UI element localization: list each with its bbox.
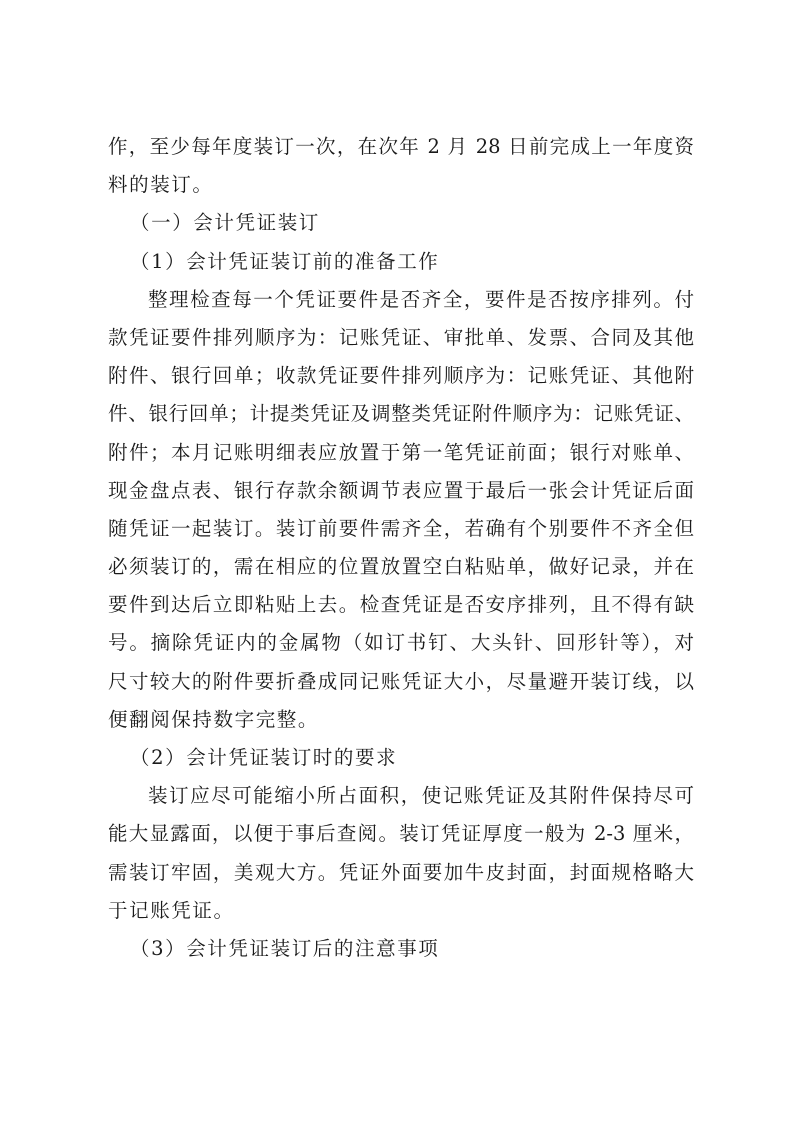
paragraph-line: 随凭证一起装订。装订前要件需齐全，若确有个别要件不齐全但 [108, 510, 694, 548]
paragraph-line: 附件、银行回单；收款凭证要件排列顺序为：记账凭证、其他附 [108, 357, 694, 395]
paragraph-line: 尺寸较大的附件要折叠成同记账凭证大小，尽量避开装订线，以 [108, 663, 694, 701]
paragraph-line: 于记账凭证。 [108, 892, 694, 930]
paragraph-line: 整理检查每一个凭证要件是否齐全，要件是否按序排列。付 [108, 281, 694, 319]
paragraph-line: 必须装订的，需在相应的位置放置空白粘贴单，做好记录，并在 [108, 548, 694, 586]
paragraph-line: 要件到达后立即粘贴上去。检查凭证是否安序排列，且不得有缺 [108, 586, 694, 624]
paragraph-line: 现金盘点表、银行存款余额调节表应置于最后一张会计凭证后面 [108, 472, 694, 510]
paragraph-line: 款凭证要件排列顺序为：记账凭证、审批单、发票、合同及其他 [108, 319, 694, 357]
section-heading: （3）会计凭证装订后的注意事项 [108, 930, 694, 968]
paragraph-line: 件、银行回单；计提类凭证及调整类凭证附件顺序为：记账凭证、 [108, 395, 694, 433]
paragraph-line: 便翻阅保持数字完整。 [108, 701, 694, 739]
paragraph-line: 号。摘除凭证内的金属物（如订书钉、大头针、回形针等），对 [108, 624, 694, 662]
paragraph-line: 作，至少每年度装订一次，在次年 2 月 28 日前完成上一年度资 [108, 128, 694, 166]
paragraph-line: 能大显露面，以便于事后查阅。装订凭证厚度一般为 2-3 厘米， [108, 815, 694, 853]
document-page: 作，至少每年度装订一次，在次年 2 月 28 日前完成上一年度资料的装订。（一）… [108, 128, 694, 968]
paragraph-line: 附件；本月记账明细表应放置于第一笔凭证前面；银行对账单、 [108, 434, 694, 472]
section-heading: （2）会计凭证装订时的要求 [108, 739, 694, 777]
paragraph-line: 装订应尽可能缩小所占面积，使记账凭证及其附件保持尽可 [108, 777, 694, 815]
section-heading: （一）会计凭证装订 [108, 204, 694, 242]
paragraph-line: 料的装订。 [108, 166, 694, 204]
paragraph-line: 需装订牢固，美观大方。凭证外面要加牛皮封面，封面规格略大 [108, 854, 694, 892]
section-heading: （1）会计凭证装订前的准备工作 [108, 243, 694, 281]
